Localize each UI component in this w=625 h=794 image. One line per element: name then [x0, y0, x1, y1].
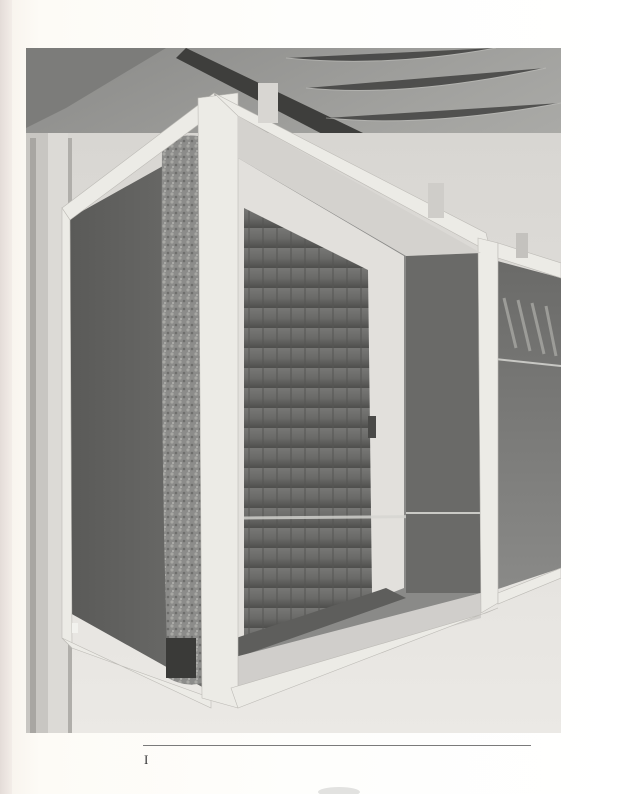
caption-rule	[143, 745, 531, 746]
page-edge-shadow	[0, 0, 12, 794]
page-number: I	[144, 753, 148, 766]
photo-illustration	[26, 48, 561, 733]
scan-smudge	[318, 787, 360, 794]
vitrine-photograph	[26, 48, 561, 733]
